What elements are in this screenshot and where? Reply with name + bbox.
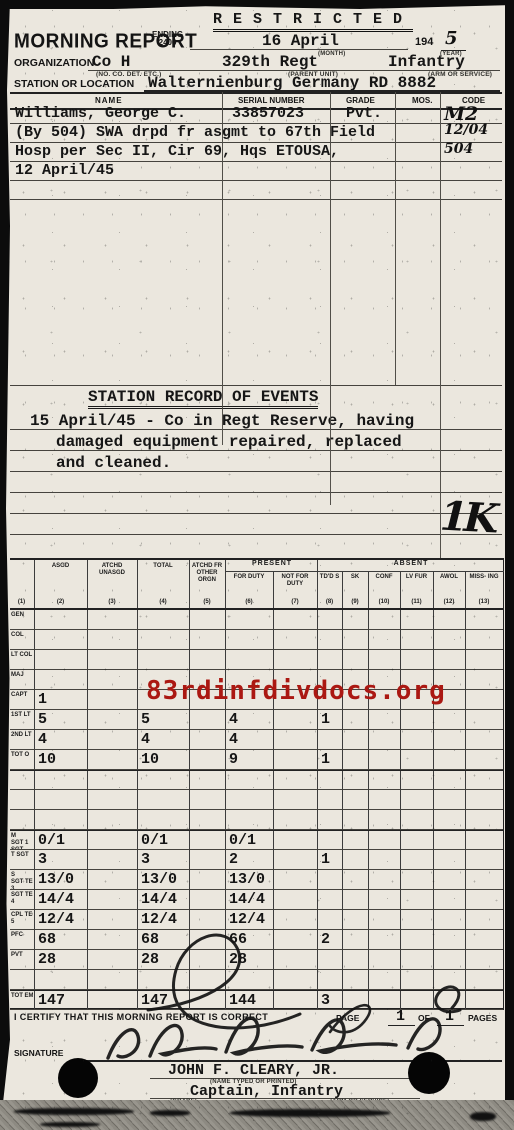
strength-cell: 3 — [34, 850, 86, 869]
strength-cell — [87, 850, 136, 869]
strength-cell — [342, 730, 367, 749]
pages-value: 1 — [437, 1008, 464, 1026]
events-column-divider — [222, 385, 223, 445]
strength-col-number: (9) — [343, 599, 367, 606]
strength-cell: 4 — [34, 730, 86, 749]
scan-edge-left — [0, 0, 10, 1130]
strength-value: 5 — [141, 711, 150, 728]
strength-cell — [433, 730, 464, 749]
roster-serial: 33857023 — [232, 105, 304, 122]
col-serial: SERIAL NUMBER — [238, 96, 305, 105]
strength-cell — [87, 670, 136, 689]
strength-cell — [368, 750, 399, 769]
strength-cell — [317, 910, 341, 929]
strength-cell — [189, 810, 224, 829]
strength-row: TOT EM1471471443 — [10, 990, 503, 1010]
strength-col-label: FOR DUTY — [226, 574, 272, 581]
strength-cell — [400, 850, 432, 869]
events-rule — [10, 429, 502, 430]
strength-cell — [400, 991, 432, 1009]
strength-cell — [273, 870, 316, 889]
strength-value: 13/0 — [38, 871, 74, 888]
strength-cell: 9 — [225, 750, 272, 769]
strength-cell — [87, 970, 136, 989]
strength-cell: 147 — [137, 991, 188, 1009]
strength-col-label: ATCHD FR OTHER ORGN — [190, 563, 224, 584]
strength-cell — [317, 890, 341, 909]
strength-cell: 68 — [137, 930, 188, 949]
strength-cell — [433, 950, 464, 969]
strength-cell — [189, 950, 224, 969]
strength-row-label: 2ND LT — [10, 730, 33, 749]
strength-cell — [465, 650, 502, 669]
hole-punch-left — [58, 1058, 98, 1098]
strength-cell — [465, 630, 502, 649]
strength-cell: 5 — [34, 710, 86, 729]
of-label: OF — [418, 1013, 430, 1023]
footer-noise-strip — [0, 1100, 514, 1130]
strength-col-header: (1) — [10, 560, 33, 608]
strength-value: 1 — [38, 691, 47, 708]
strength-cell — [465, 690, 502, 709]
strength-col-number: (12) — [434, 599, 464, 606]
classification-banner: RESTRICTED — [213, 11, 413, 32]
strength-col-header: MISS- ING(13) — [465, 571, 502, 608]
strength-cell — [465, 771, 502, 789]
strength-cell — [273, 831, 316, 849]
strength-cell — [189, 730, 224, 749]
scan-edge-top — [0, 0, 514, 9]
strength-cell: 14/4 — [137, 890, 188, 909]
strength-cell: 10 — [34, 750, 86, 769]
strength-cell — [137, 771, 188, 789]
roster-name: Williams, George C. — [15, 105, 186, 122]
strength-cell — [34, 650, 86, 669]
strength-value: 147 — [38, 992, 65, 1009]
strength-cell: 12/4 — [137, 910, 188, 929]
strength-col-number: (2) — [35, 599, 86, 606]
strength-cell — [433, 650, 464, 669]
strength-cell — [87, 650, 136, 669]
strength-cell — [273, 630, 316, 649]
strength-value: 2 — [229, 851, 238, 868]
strength-cell: 4 — [225, 730, 272, 749]
strength-cell — [400, 630, 432, 649]
strength-cell — [465, 930, 502, 949]
morning-report-scan: RESTRICTED MORNING REPORT ENDING 2400 16… — [0, 0, 514, 1130]
strength-cell — [225, 650, 272, 669]
strength-cell — [465, 850, 502, 869]
strength-cell — [433, 771, 464, 789]
strength-cell: 28 — [137, 950, 188, 969]
strength-value: 28 — [229, 951, 247, 968]
ending-label: ENDING 2400 — [152, 31, 183, 47]
strength-value: 9 — [229, 751, 238, 768]
strength-cell — [342, 970, 367, 989]
strength-row-label: PFC — [10, 930, 33, 949]
roster-rule — [10, 180, 502, 181]
strength-row-label: M SGT 1 SGT — [10, 831, 33, 849]
strength-cell — [273, 790, 316, 809]
strength-value: 13/0 — [229, 871, 265, 888]
strength-cell — [368, 991, 399, 1009]
strength-row-label: S SGT TEC 3 — [10, 870, 33, 889]
strength-value: 12/4 — [141, 911, 177, 928]
strength-col-number: (7) — [274, 599, 316, 606]
organization-parent: 329th Regt — [222, 53, 318, 71]
strength-cell — [433, 870, 464, 889]
strength-cell — [34, 810, 86, 829]
strength-table: PRESENTABSENT(1)ASGD(2)ATCHD UNASGD(3)TO… — [10, 558, 504, 1010]
report-date: 16 April — [262, 32, 339, 50]
strength-cell — [273, 930, 316, 949]
strength-cell — [433, 710, 464, 729]
strength-cell — [433, 790, 464, 809]
margin-note: 1K — [439, 493, 496, 543]
strength-cell — [342, 610, 367, 629]
strength-cell — [317, 771, 341, 789]
strength-cell — [342, 870, 367, 889]
events-title: STATION RECORD OF EVENTS — [88, 388, 318, 409]
strength-cell — [342, 930, 367, 949]
strength-cell — [317, 730, 341, 749]
strength-cell — [317, 950, 341, 969]
strength-row-label: GEN — [10, 610, 33, 629]
strength-cell — [368, 970, 399, 989]
strength-cell — [189, 831, 224, 849]
strength-cell — [342, 910, 367, 929]
events-column-divider — [330, 385, 331, 505]
strength-cell: 5 — [137, 710, 188, 729]
strength-value: 144 — [229, 992, 256, 1009]
strength-cell — [465, 910, 502, 929]
strength-col-number: (3) — [88, 599, 136, 606]
strength-cell — [400, 790, 432, 809]
strength-row: TOT O101091 — [10, 750, 503, 770]
strength-cell: 13/0 — [137, 870, 188, 889]
strength-cell — [137, 650, 188, 669]
strength-cell — [87, 831, 136, 849]
strength-cell — [273, 771, 316, 789]
strength-row-label — [10, 790, 33, 809]
strength-cell — [368, 950, 399, 969]
strength-value: 147 — [141, 992, 168, 1009]
strength-value: 14/4 — [141, 891, 177, 908]
strength-row-label: CPL TEC 5 — [10, 910, 33, 929]
strength-value: 10 — [141, 751, 159, 768]
strength-col-header: FOR DUTY(6) — [225, 571, 272, 608]
roster-code: 504 — [444, 141, 473, 157]
strength-cell — [87, 810, 136, 829]
strength-col-number: (8) — [318, 599, 341, 606]
strength-col-header: ATCHD FR OTHER ORGN(5) — [189, 560, 224, 608]
strength-cell — [465, 610, 502, 629]
strength-cell — [34, 790, 86, 809]
strength-cell — [342, 650, 367, 669]
strength-cell — [433, 630, 464, 649]
strength-cell — [342, 771, 367, 789]
pages-label: PAGES — [468, 1013, 497, 1023]
strength-cell — [189, 850, 224, 869]
strength-value: 66 — [229, 931, 247, 948]
strength-cell — [189, 610, 224, 629]
strength-col-label: TD'D S — [318, 574, 341, 581]
strength-cell — [433, 890, 464, 909]
strength-cell — [87, 730, 136, 749]
strength-col-header: SK(9) — [342, 571, 367, 608]
strength-cell — [400, 750, 432, 769]
strength-cell — [273, 991, 316, 1009]
events-rule — [10, 450, 502, 451]
strength-cell — [342, 890, 367, 909]
strength-value: 3 — [321, 992, 330, 1009]
strength-cell: 0/1 — [137, 831, 188, 849]
strength-cell — [225, 810, 272, 829]
strength-row: T SGT3321 — [10, 850, 503, 870]
strength-cell — [87, 630, 136, 649]
strength-row-label — [10, 771, 33, 789]
organization-arm: Infantry — [388, 53, 465, 71]
strength-cell — [87, 690, 136, 709]
footer-smudge — [470, 1112, 496, 1121]
strength-cell — [225, 790, 272, 809]
strength-row: 1ST LT5541 — [10, 710, 503, 730]
certify-text: I CERTIFY THAT THIS MORNING REPORT IS CO… — [14, 1012, 268, 1022]
signature-label: SIGNATURE — [14, 1048, 63, 1058]
strength-cell: 3 — [137, 850, 188, 869]
strength-cell — [368, 650, 399, 669]
strength-cell — [34, 670, 86, 689]
strength-cell: 10 — [137, 750, 188, 769]
strength-cell — [273, 810, 316, 829]
strength-cell — [400, 831, 432, 849]
strength-col-header: TD'D S(8) — [317, 571, 341, 608]
strength-cell — [34, 771, 86, 789]
strength-cell — [189, 790, 224, 809]
strength-cell — [433, 930, 464, 949]
strength-cell — [433, 750, 464, 769]
page-value: 1 — [388, 1008, 415, 1026]
strength-cell — [225, 771, 272, 789]
strength-col-number: (6) — [226, 599, 272, 606]
strength-row-label: TOT EM — [10, 991, 33, 1009]
events-top-rule — [10, 385, 502, 386]
strength-cell — [87, 750, 136, 769]
hole-punch-right — [408, 1052, 450, 1094]
strength-cell — [137, 790, 188, 809]
strength-col-header: CONF(10) — [368, 571, 399, 608]
strength-row-label — [10, 810, 33, 829]
strength-cell — [368, 850, 399, 869]
footer-smudge — [150, 1110, 190, 1116]
station-label: STATION OR LOCATION — [14, 78, 134, 90]
strength-value: 0/1 — [141, 832, 168, 849]
events-rule — [10, 492, 502, 493]
strength-value: 28 — [38, 951, 56, 968]
strength-value: 4 — [229, 731, 238, 748]
strength-cell — [368, 910, 399, 929]
page-label: PAGE — [336, 1013, 359, 1023]
strength-row — [10, 970, 503, 990]
strength-cell — [368, 831, 399, 849]
strength-cell — [189, 870, 224, 889]
strength-cell — [87, 950, 136, 969]
strength-cell — [137, 810, 188, 829]
strength-row: M SGT 1 SGT0/10/10/1 — [10, 830, 503, 850]
strength-cell — [433, 831, 464, 849]
strength-cell: 28 — [34, 950, 86, 969]
strength-cell — [189, 910, 224, 929]
strength-cell — [317, 650, 341, 669]
strength-cell — [87, 790, 136, 809]
strength-value: 4 — [38, 731, 47, 748]
strength-row-label: COL — [10, 630, 33, 649]
strength-row: PFC6868662 — [10, 930, 503, 950]
strength-cell — [400, 890, 432, 909]
col-mos: MOS. — [412, 96, 432, 105]
strength-cell — [368, 630, 399, 649]
footer-smudge — [40, 1122, 100, 1127]
strength-col-label: MISS- ING — [466, 574, 502, 581]
strength-value: 3 — [141, 851, 150, 868]
strength-col-number: (1) — [10, 599, 33, 606]
strength-cell — [189, 771, 224, 789]
strength-cell — [342, 630, 367, 649]
strength-col-label: ATCHD UNASGD — [88, 563, 136, 577]
strength-cell — [400, 610, 432, 629]
strength-row — [10, 790, 503, 810]
strength-value: 68 — [38, 931, 56, 948]
strength-cell — [317, 790, 341, 809]
strength-value: 4 — [141, 731, 150, 748]
strength-cell — [87, 910, 136, 929]
strength-col-label: TOTAL — [138, 563, 188, 570]
strength-cell — [137, 610, 188, 629]
strength-cell — [465, 670, 502, 689]
strength-value: 0/1 — [229, 832, 256, 849]
strength-cell — [189, 890, 224, 909]
strength-col-header: NOT FOR DUTY(7) — [273, 571, 316, 608]
strength-row: SGT TEC 414/414/414/4 — [10, 890, 503, 910]
strength-col-number: (4) — [138, 599, 188, 606]
strength-value: 14/4 — [38, 891, 74, 908]
strength-cell: 3 — [317, 991, 341, 1009]
strength-cell — [317, 630, 341, 649]
strength-cell — [342, 810, 367, 829]
strength-cell — [273, 910, 316, 929]
strength-row: GEN — [10, 610, 503, 630]
strength-row: CPL TEC 512/412/412/4 — [10, 910, 503, 930]
strength-cell — [273, 710, 316, 729]
strength-cell — [368, 930, 399, 949]
strength-cell — [400, 771, 432, 789]
strength-cell: 28 — [225, 950, 272, 969]
strength-cell: 4 — [225, 710, 272, 729]
events-rule — [10, 534, 502, 535]
events-rule — [10, 513, 502, 514]
strength-cell: 2 — [225, 850, 272, 869]
strength-cell — [465, 710, 502, 729]
strength-cell — [273, 950, 316, 969]
footer-smudge — [230, 1109, 390, 1117]
strength-cell — [137, 630, 188, 649]
organization-label: ORGANIZATION — [14, 57, 94, 69]
roster-name: 12 April/45 — [15, 162, 114, 179]
strength-row — [10, 770, 503, 790]
roster-code: 12/04 — [444, 122, 488, 138]
strength-cell — [400, 810, 432, 829]
strength-cell: 2 — [317, 930, 341, 949]
strength-cell — [342, 710, 367, 729]
roster-grade: Pvt. — [346, 105, 382, 122]
strength-row-label: CAPT — [10, 690, 33, 709]
strength-cell — [465, 831, 502, 849]
strength-row-label: TOT O — [10, 750, 33, 769]
strength-cell — [273, 890, 316, 909]
ending-hour: 2400 — [152, 39, 183, 47]
strength-row-label: 1ST LT — [10, 710, 33, 729]
strength-cell — [368, 771, 399, 789]
strength-col-header: ATCHD UNASGD(3) — [87, 560, 136, 608]
strength-cell — [465, 750, 502, 769]
strength-value: 13/0 — [141, 871, 177, 888]
strength-cell: 0/1 — [34, 831, 86, 849]
strength-row-label: PVT — [10, 950, 33, 969]
strength-cell: 12/4 — [225, 910, 272, 929]
strength-cell — [465, 970, 502, 989]
strength-col-label: NOT FOR DUTY — [274, 574, 316, 588]
strength-cell — [189, 991, 224, 1009]
strength-col-number: (5) — [190, 599, 224, 606]
strength-row — [10, 810, 503, 830]
strength-row-label: T SGT — [10, 850, 33, 869]
strength-row-label — [10, 970, 33, 989]
strength-cell: 66 — [225, 930, 272, 949]
strength-row: COL — [10, 630, 503, 650]
strength-cell — [189, 930, 224, 949]
strength-cell — [137, 970, 188, 989]
strength-header: PRESENTABSENT(1)ASGD(2)ATCHD UNASGD(3)TO… — [10, 560, 503, 610]
strength-cell — [433, 850, 464, 869]
strength-cell — [34, 970, 86, 989]
strength-cell: 14/4 — [34, 890, 86, 909]
strength-cell — [317, 870, 341, 889]
strength-cell — [189, 710, 224, 729]
strength-cell — [465, 730, 502, 749]
strength-cell — [87, 991, 136, 1009]
strength-col-header: LV FUR(11) — [400, 571, 432, 608]
strength-row: S SGT TEC 313/013/013/0 — [10, 870, 503, 890]
strength-col-number: (13) — [466, 599, 502, 606]
strength-cell: 68 — [34, 930, 86, 949]
strength-value: 5 — [38, 711, 47, 728]
strength-cell — [225, 630, 272, 649]
strength-cell: 13/0 — [225, 870, 272, 889]
strength-value: 3 — [38, 851, 47, 868]
strength-cell: 147 — [34, 991, 86, 1009]
strength-cell — [368, 610, 399, 629]
strength-col-header: TOTAL(4) — [137, 560, 188, 608]
strength-row-label: LT COL — [10, 650, 33, 669]
strength-cell — [87, 870, 136, 889]
strength-col-number: (10) — [369, 599, 399, 606]
strength-col-label: CONF — [369, 574, 399, 581]
strength-cell — [225, 970, 272, 989]
strength-value: 1 — [321, 851, 330, 868]
strength-cell — [400, 910, 432, 929]
strength-cell — [317, 810, 341, 829]
strength-value: 28 — [141, 951, 159, 968]
